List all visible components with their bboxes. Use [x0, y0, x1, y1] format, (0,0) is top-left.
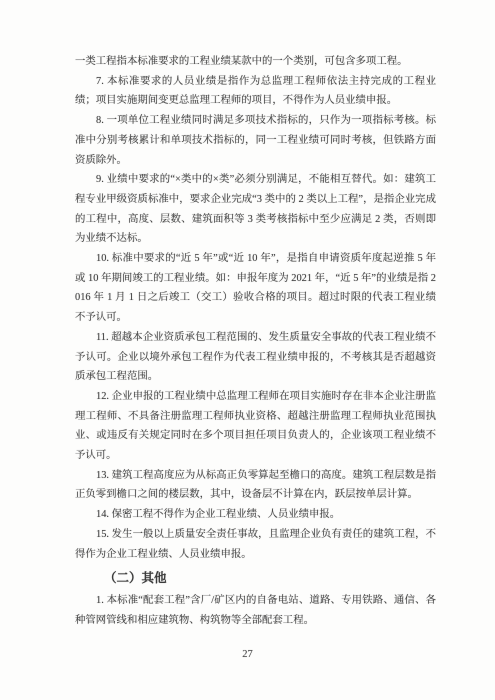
paragraph: 11. 超越本企业资质承包工程范围的、发生质量安全事故的代表工程业绩不予认可。企… [75, 328, 436, 387]
page-number: 27 [242, 649, 253, 660]
page-footer: 27 [0, 644, 495, 663]
document-body: 一类工程指本标准要求的工程业绩某款中的一个类别，可包含多项工程。 7. 本标准要… [75, 52, 436, 631]
paragraph: 10. 标准中要求的“近 5 年”或“近 10 年”，是指自申请资质年度起逆推 … [75, 249, 436, 328]
paragraph: 14. 保密工程不得作为企业工程业绩、人员业绩申报。 [75, 505, 436, 525]
paragraph: 8. 一项单位工程业绩同时满足多项技术指标的，只作为一项指标考核。标准中分别考核… [75, 111, 436, 170]
document-page: 一类工程指本标准要求的工程业绩某款中的一个类别，可包含多项工程。 7. 本标准要… [0, 0, 495, 700]
paragraph: 15. 发生一般以上质量安全责任事故，且监理企业负有责任的建筑工程，不得作为企业… [75, 525, 436, 564]
paragraph: 9. 业绩中要求的“×类中的×类”必须分别满足，不能相互替代。如：建筑工程专业甲… [75, 170, 436, 249]
paragraph: 7. 本标准要求的人员业绩是指作为总监理工程师依法主持完成的工程业绩；项目实施期… [75, 72, 436, 111]
paragraph: 1. 本标准“配套工程”含厂/矿区内的自备电站、道路、专用铁路、通信、各种管网管… [75, 591, 436, 630]
paragraph: 12. 企业申报的工程业绩中总监理工程师在项目实施时存在非本企业注册监理工程师、… [75, 387, 436, 466]
paragraph: 一类工程指本标准要求的工程业绩某款中的一个类别，可包含多项工程。 [75, 52, 436, 72]
paragraph: 13. 建筑工程高度应为从标高正负零算起至檐口的高度。建筑工程层数是指正负零到檐… [75, 466, 436, 505]
section-heading: （二）其他 [75, 568, 436, 588]
